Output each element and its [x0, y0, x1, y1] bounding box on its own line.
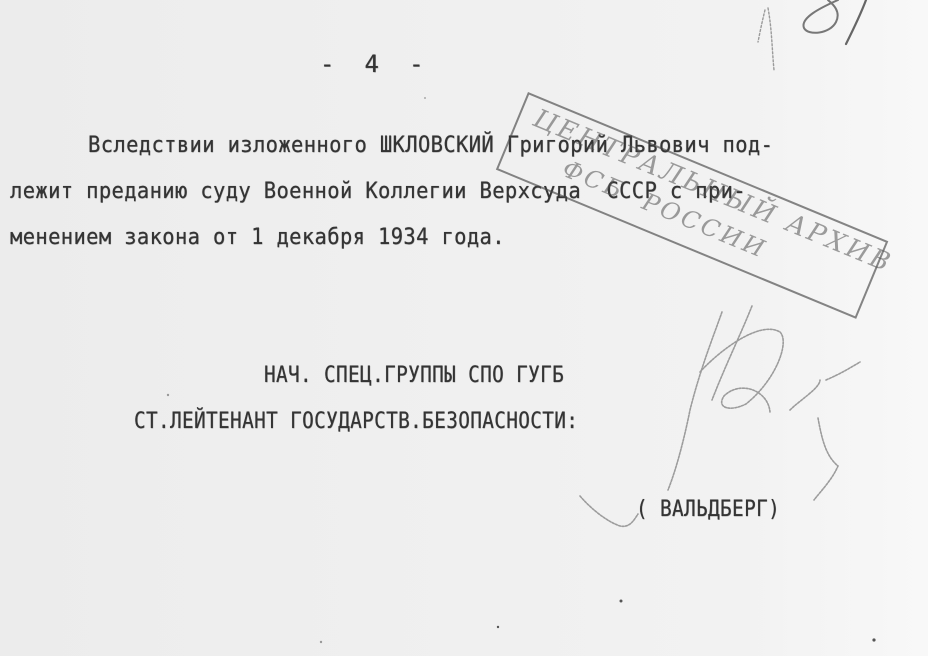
archive-stamp: ЦЕНТРАЛЬНЫЙ АРХИВ ФСБ РОССИИ: [496, 92, 888, 319]
handwritten-archive-number-icon: [758, 0, 866, 70]
signature-title-line-2: СТ.ЛЕЙТЕНАНТ ГОСУДАРСТВ.БЕЗОПАСНОСТИ:: [134, 409, 578, 434]
signatory-name: ( ВАЛЬДБЕРГ): [636, 497, 780, 522]
document-page: - 4 - Вследствии изложенного ШКЛОВСКИЙ Г…: [0, 0, 928, 656]
signature-title-line-1: НАЧ. СПЕЦ.ГРУППЫ СПО ГУГБ: [264, 363, 564, 388]
page-number: - 4 -: [320, 50, 424, 78]
handwritten-signature-icon: [580, 306, 860, 526]
handwriting-overlay: [0, 0, 928, 656]
body-line-3: менением закона от 1 декабря 1934 года.: [10, 225, 505, 250]
